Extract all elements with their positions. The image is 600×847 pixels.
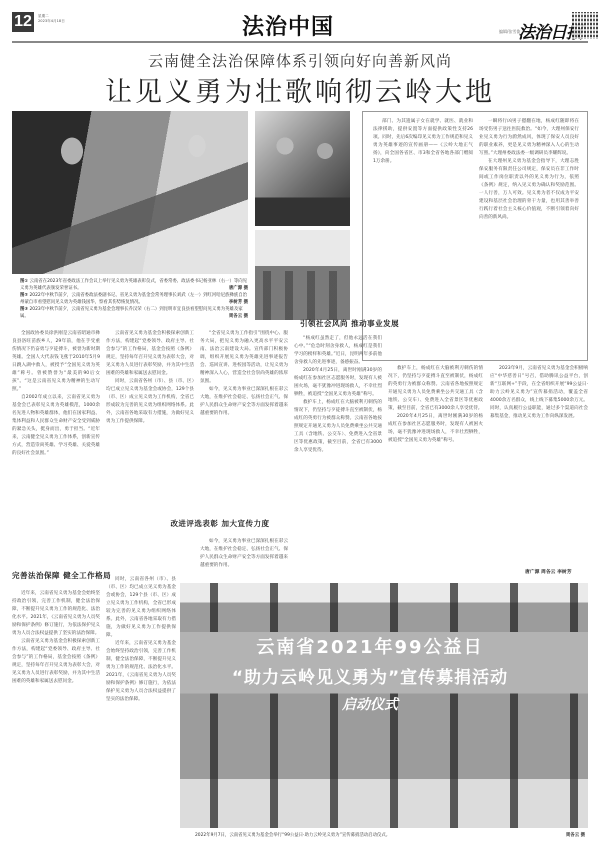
photo-credit: 周各云 摄 <box>229 313 248 320</box>
photo-credit: 李树芳 摄 <box>229 299 248 306</box>
box-column-2: 一瞬将行凶男子摁翻在地，杨成红随即将在场受伤男子送往医院救治。“如今，大理州保安… <box>479 118 579 354</box>
body-column-4: “杨成红虽然走了，但他永远活在我们心中。”“危急时刻舍身救人，杨成红是我们学习的… <box>294 335 382 580</box>
photo-2-visit-hero <box>255 111 350 226</box>
masthead-divider <box>12 41 588 43</box>
caption-3: 图③ 2023年中秋节前夕，云南省见义勇为基金会理事长乔汉荣（右二）到昆明市宜良… <box>20 306 248 320</box>
article-subhead: 云南健全法治保障体系引领向好向善新风尚 <box>0 50 600 71</box>
page-number: 12 <box>12 12 34 32</box>
body-column-6: 2023年9月，云南省见义勇为基金会积极响应“中华慈善日”号召，借助腾讯公益平台… <box>490 365 588 565</box>
photo-1-award-ceremony <box>12 111 248 274</box>
body-column-2: 云南省见义勇为基金会积极探索创新工作方法，构建起“党委领导、政府主导、社会参与”… <box>106 330 194 570</box>
article-byline: 唐广源 周各云 李树芳 <box>525 568 572 575</box>
photo-credit: 周各云 摄 <box>566 832 585 838</box>
section-heading-3: 引领社会风尚 推动事业发展 <box>300 318 380 329</box>
body-column-3: “全省见义勇为工作指引”围绕中心、服务大局，把见义勇为融入更高水平平安云南、法治… <box>200 330 288 510</box>
photo-captions: 图① 云南省在2023年省委政法工作会议上举行见义勇为英雄表彰仪式，省委常委、政… <box>20 278 248 320</box>
photo-3-visit-family <box>255 230 350 320</box>
article-headline: 让见义勇为壮歌响彻云岭大地 <box>0 70 600 109</box>
date: 2023年4月18日 <box>38 19 65 24</box>
masthead: 12 星期二 2023年4月18日 法治中国 编辑/张雪俊 法治日报 <box>12 10 588 44</box>
section-heading-2: 改进评选表彰 加大宣传力度 <box>170 518 270 529</box>
body-column-1b: 近年来，云南省见义勇为基金会始终坚持政治引领，完善工作机制，健全法治保障，不断提… <box>12 590 100 840</box>
body-column-3b: 如今，见义勇为事业已深深扎根在彩云大地，在维护社会稳定、弘扬社会正气、保护人民群… <box>200 538 288 582</box>
photo-credit: 唐广源 摄 <box>229 285 248 292</box>
caption-2: 图② 2022年中秋节前夕，云南省委政法委副书记、省见义勇为基金会常务理事长刘武… <box>20 292 248 306</box>
body-column-1: 全国政协委员徐洪刚是云南省昭通市彝良县洛旺苗族乡人，29年前，他在手受重伤情况下… <box>12 330 100 580</box>
issue-date: 星期二 2023年4月18日 <box>38 14 65 24</box>
body-column-5: 救护车上，杨成红在大脑被利刃刺伤的情况下，仍坚持与歹徒搏斗直至被制伏，杨成红的英… <box>388 365 483 580</box>
section-title: 法治中国 <box>242 10 334 41</box>
section-heading-1: 完善法治保障 健全工作格局 <box>12 570 100 581</box>
caption-4: 2022年9月7日，云南省见义勇为基金会举行“99公益日·助力云岭见义勇为”宣传… <box>195 832 585 838</box>
photo-4-launch-ceremony: 云南省2021年99公益日 “助力云岭见义勇为”宣传募捐活动 启动仪式 <box>180 583 588 828</box>
ceremony-banner: 云南省2021年99公益日 “助力云岭见义勇为”宣传募捐活动 启动仪式 <box>220 633 520 714</box>
qr-code-icon[interactable] <box>572 12 599 39</box>
caption-1: 图① 云南省在2023年省委政法工作会议上举行见义勇为英雄表彰仪式，省委常委、政… <box>20 278 248 292</box>
body-column-2b: 同时，云南省各州（市）、县（市、区）均已成立见义勇为基金会或协会，129个县（市… <box>106 576 176 838</box>
